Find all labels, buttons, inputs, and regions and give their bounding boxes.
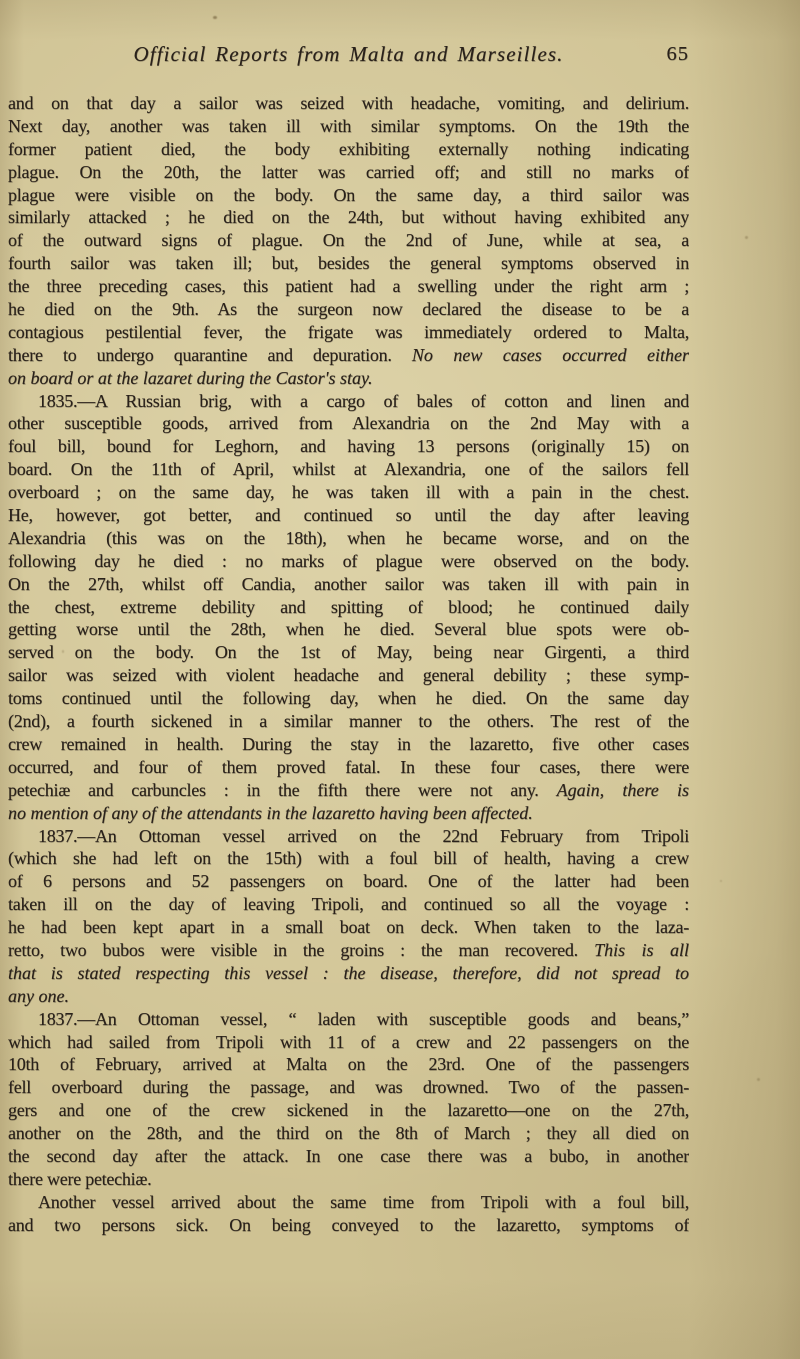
regular-text: On the 27th, whilst off Candia, another … — [8, 574, 689, 594]
text-line: Alexandria (this was on the 18th), when … — [8, 527, 689, 550]
text-line: 1835.—A Russian brig, with a cargo of ba… — [8, 390, 689, 413]
regular-text: 1835.—A Russian brig, with a cargo of ba… — [38, 391, 689, 411]
text-line: he died on the 9th. As the surgeon now d… — [8, 298, 689, 321]
text-line: 10th of February, arrived at Malta on th… — [8, 1053, 689, 1076]
paragraph: 1837.—An Ottoman vessel, “ laden with su… — [8, 1008, 689, 1191]
regular-text: crew remained in health. During the stay… — [8, 734, 689, 754]
text-line: and on that day a sailor was seized with… — [8, 92, 689, 115]
regular-text: (which she had left on the 15th) with a … — [8, 848, 689, 868]
page-number: 65 — [667, 40, 690, 68]
text-line: On the 27th, whilst off Candia, another … — [8, 573, 689, 596]
regular-text: Next day, another was taken ill with sim… — [8, 116, 689, 136]
regular-text: and on that day a sailor was seized with… — [8, 93, 689, 113]
text-line: taken ill on the day of leaving Tripoli,… — [8, 893, 689, 916]
regular-text: gers and one of the crew sickened in the… — [8, 1100, 689, 1120]
text-line: getting worse until the 28th, when he di… — [8, 618, 689, 641]
text-line: there were petechiæ. — [8, 1168, 689, 1191]
text-line: 1837.—An Ottoman vessel arrived on the 2… — [8, 825, 689, 848]
text-line: the second day after the attack. In one … — [8, 1145, 689, 1168]
regular-text: plague. On the 20th, the latter was carr… — [8, 162, 689, 182]
text-line: that is stated respecting this vessel : … — [8, 962, 689, 985]
text-line: petechiæ and carbuncles : in the fifth t… — [8, 779, 689, 802]
text-line: other susceptible goods, arrived from Al… — [8, 412, 689, 435]
paper-speck — [213, 16, 217, 19]
italic-text: Again, there is — [557, 780, 689, 800]
regular-text: which had sailed from Tripoli with 11 of… — [8, 1032, 689, 1052]
text-line: of the outward signs of plague. On the 2… — [8, 229, 689, 252]
text-line: former patient died, the body exhibiting… — [8, 138, 689, 161]
regular-text: the second day after the attack. In one … — [8, 1146, 689, 1166]
text-line: board. On the 11th of April, whilst at A… — [8, 458, 689, 481]
regular-text: occurred, and four of them proved fatal.… — [8, 757, 689, 777]
text-line: fourth sailor was taken ill; but, beside… — [8, 252, 689, 275]
text-line: crew remained in health. During the stay… — [8, 733, 689, 756]
regular-text: of the outward signs of plague. On the 2… — [8, 230, 689, 250]
text-line: (which she had left on the 15th) with a … — [8, 847, 689, 870]
regular-text: 1837.—An Ottoman vessel, “ laden with su… — [38, 1009, 689, 1029]
text-line: gers and one of the crew sickened in the… — [8, 1099, 689, 1122]
paper-speck — [720, 880, 722, 882]
text-line: plague. On the 20th, the latter was carr… — [8, 161, 689, 184]
regular-text: following day he died : no marks of plag… — [8, 551, 689, 571]
page-title: Official Reports from Malta and Marseill… — [8, 40, 689, 68]
text-line: plague were visible on the body. On the … — [8, 184, 689, 207]
book-page: Official Reports from Malta and Marseill… — [0, 0, 800, 1359]
text-line: retto, two bubos were visible in the gro… — [8, 939, 689, 962]
regular-text: and two persons sick. On being conveyed … — [8, 1215, 689, 1235]
text-line: foul bill, bound for Leghorn, and having… — [8, 435, 689, 458]
text-line: Another vessel arrived about the same ti… — [8, 1191, 689, 1214]
text-line: He, however, got better, and continued s… — [8, 504, 689, 527]
regular-text: 10th of February, arrived at Malta on th… — [8, 1054, 689, 1074]
text-line: similarly attacked ; he died on the 24th… — [8, 206, 689, 229]
regular-text: He, however, got better, and continued s… — [8, 505, 689, 525]
regular-text: there were petechiæ. — [8, 1169, 151, 1189]
regular-text: Another vessel arrived about the same ti… — [38, 1192, 689, 1212]
regular-text: similarly attacked ; he died on the 24th… — [8, 207, 689, 227]
regular-text: the chest, extreme debility and spitting… — [8, 597, 689, 617]
regular-text: plague were visible on the body. On the … — [8, 185, 689, 205]
regular-text: he died on the 9th. As the surgeon now d… — [8, 299, 689, 319]
paragraph: Another vessel arrived about the same ti… — [8, 1191, 689, 1237]
paragraph: and on that day a sailor was seized with… — [8, 92, 689, 390]
regular-text: of 6 persons and 52 passengers on board.… — [8, 871, 689, 891]
regular-text: fourth sailor was taken ill; but, beside… — [8, 253, 689, 273]
italic-text: no mention of any of the attendants in t… — [8, 803, 533, 823]
italic-text: any one. — [8, 986, 69, 1006]
regular-text: the three preceding cases, this patient … — [8, 276, 689, 296]
text-line: (2nd), a fourth sickened in a similar ma… — [8, 710, 689, 733]
italic-text: on board or at the lazaret during the Ca… — [8, 368, 373, 388]
text-line: contagious pestilential fever, the friga… — [8, 321, 689, 344]
regular-text: Alexandria (this was on the 18th), when … — [8, 528, 689, 548]
paper-speck — [757, 1078, 760, 1081]
regular-text: fell overboard during the passage, and w… — [8, 1077, 689, 1097]
regular-text: contagious pestilential fever, the friga… — [8, 322, 689, 342]
text-line: occurred, and four of them proved fatal.… — [8, 756, 689, 779]
paper-speck — [62, 650, 64, 653]
text-line: fell overboard during the passage, and w… — [8, 1076, 689, 1099]
text-line: the three preceding cases, this patient … — [8, 275, 689, 298]
italic-text: This is all — [594, 940, 689, 960]
text-line: any one. — [8, 985, 689, 1008]
regular-text: other susceptible goods, arrived from Al… — [8, 413, 689, 433]
regular-text: former patient died, the body exhibiting… — [8, 139, 689, 159]
text-line: the chest, extreme debility and spitting… — [8, 596, 689, 619]
text-line: there to undergo quarantine and depurati… — [8, 344, 689, 367]
regular-text: 1837.—An Ottoman vessel arrived on the 2… — [38, 826, 689, 846]
regular-text: there to undergo quarantine and depurati… — [8, 345, 412, 365]
text-line: another on the 28th, and the third on th… — [8, 1122, 689, 1145]
paragraph: 1835.—A Russian brig, with a cargo of ba… — [8, 390, 689, 825]
regular-text: overboard ; on the same day, he was take… — [8, 482, 689, 502]
running-head: Official Reports from Malta and Marseill… — [8, 40, 689, 68]
regular-text: (2nd), a fourth sickened in a similar ma… — [8, 711, 689, 731]
text-line: sailor was seized with violent headache … — [8, 664, 689, 687]
regular-text: foul bill, bound for Leghorn, and having… — [8, 436, 689, 456]
text-line: Next day, another was taken ill with sim… — [8, 115, 689, 138]
italic-text: No new cases occurred either — [412, 345, 689, 365]
regular-text: served on the body. On the 1st of May, b… — [8, 642, 689, 662]
text-line: 1837.—An Ottoman vessel, “ laden with su… — [8, 1008, 689, 1031]
regular-text: he had been kept apart in a small boat o… — [8, 917, 689, 937]
paragraph: 1837.—An Ottoman vessel arrived on the 2… — [8, 825, 689, 1008]
italic-text: that is stated respecting this vessel : … — [8, 963, 689, 983]
text-line: and two persons sick. On being conveyed … — [8, 1214, 689, 1237]
text-line: of 6 persons and 52 passengers on board.… — [8, 870, 689, 893]
regular-text: retto, two bubos were visible in the gro… — [8, 940, 594, 960]
regular-text: another on the 28th, and the third on th… — [8, 1123, 689, 1143]
text-line: on board or at the lazaret during the Ca… — [8, 367, 689, 390]
text-line: toms continued until the following day, … — [8, 687, 689, 710]
text-line: following day he died : no marks of plag… — [8, 550, 689, 573]
paper-speck — [745, 236, 748, 239]
text-line: served on the body. On the 1st of May, b… — [8, 641, 689, 664]
regular-text: board. On the 11th of April, whilst at A… — [8, 459, 689, 479]
text-line: he had been kept apart in a small boat o… — [8, 916, 689, 939]
regular-text: sailor was seized with violent headache … — [8, 665, 689, 685]
text-line: which had sailed from Tripoli with 11 of… — [8, 1031, 689, 1054]
text-block: and on that day a sailor was seized with… — [8, 92, 689, 1237]
regular-text: toms continued until the following day, … — [8, 688, 689, 708]
regular-text: petechiæ and carbuncles : in the fifth t… — [8, 780, 557, 800]
text-line: overboard ; on the same day, he was take… — [8, 481, 689, 504]
text-line: no mention of any of the attendants in t… — [8, 802, 689, 825]
regular-text: getting worse until the 28th, when he di… — [8, 619, 689, 639]
regular-text: taken ill on the day of leaving Tripoli,… — [8, 894, 689, 914]
